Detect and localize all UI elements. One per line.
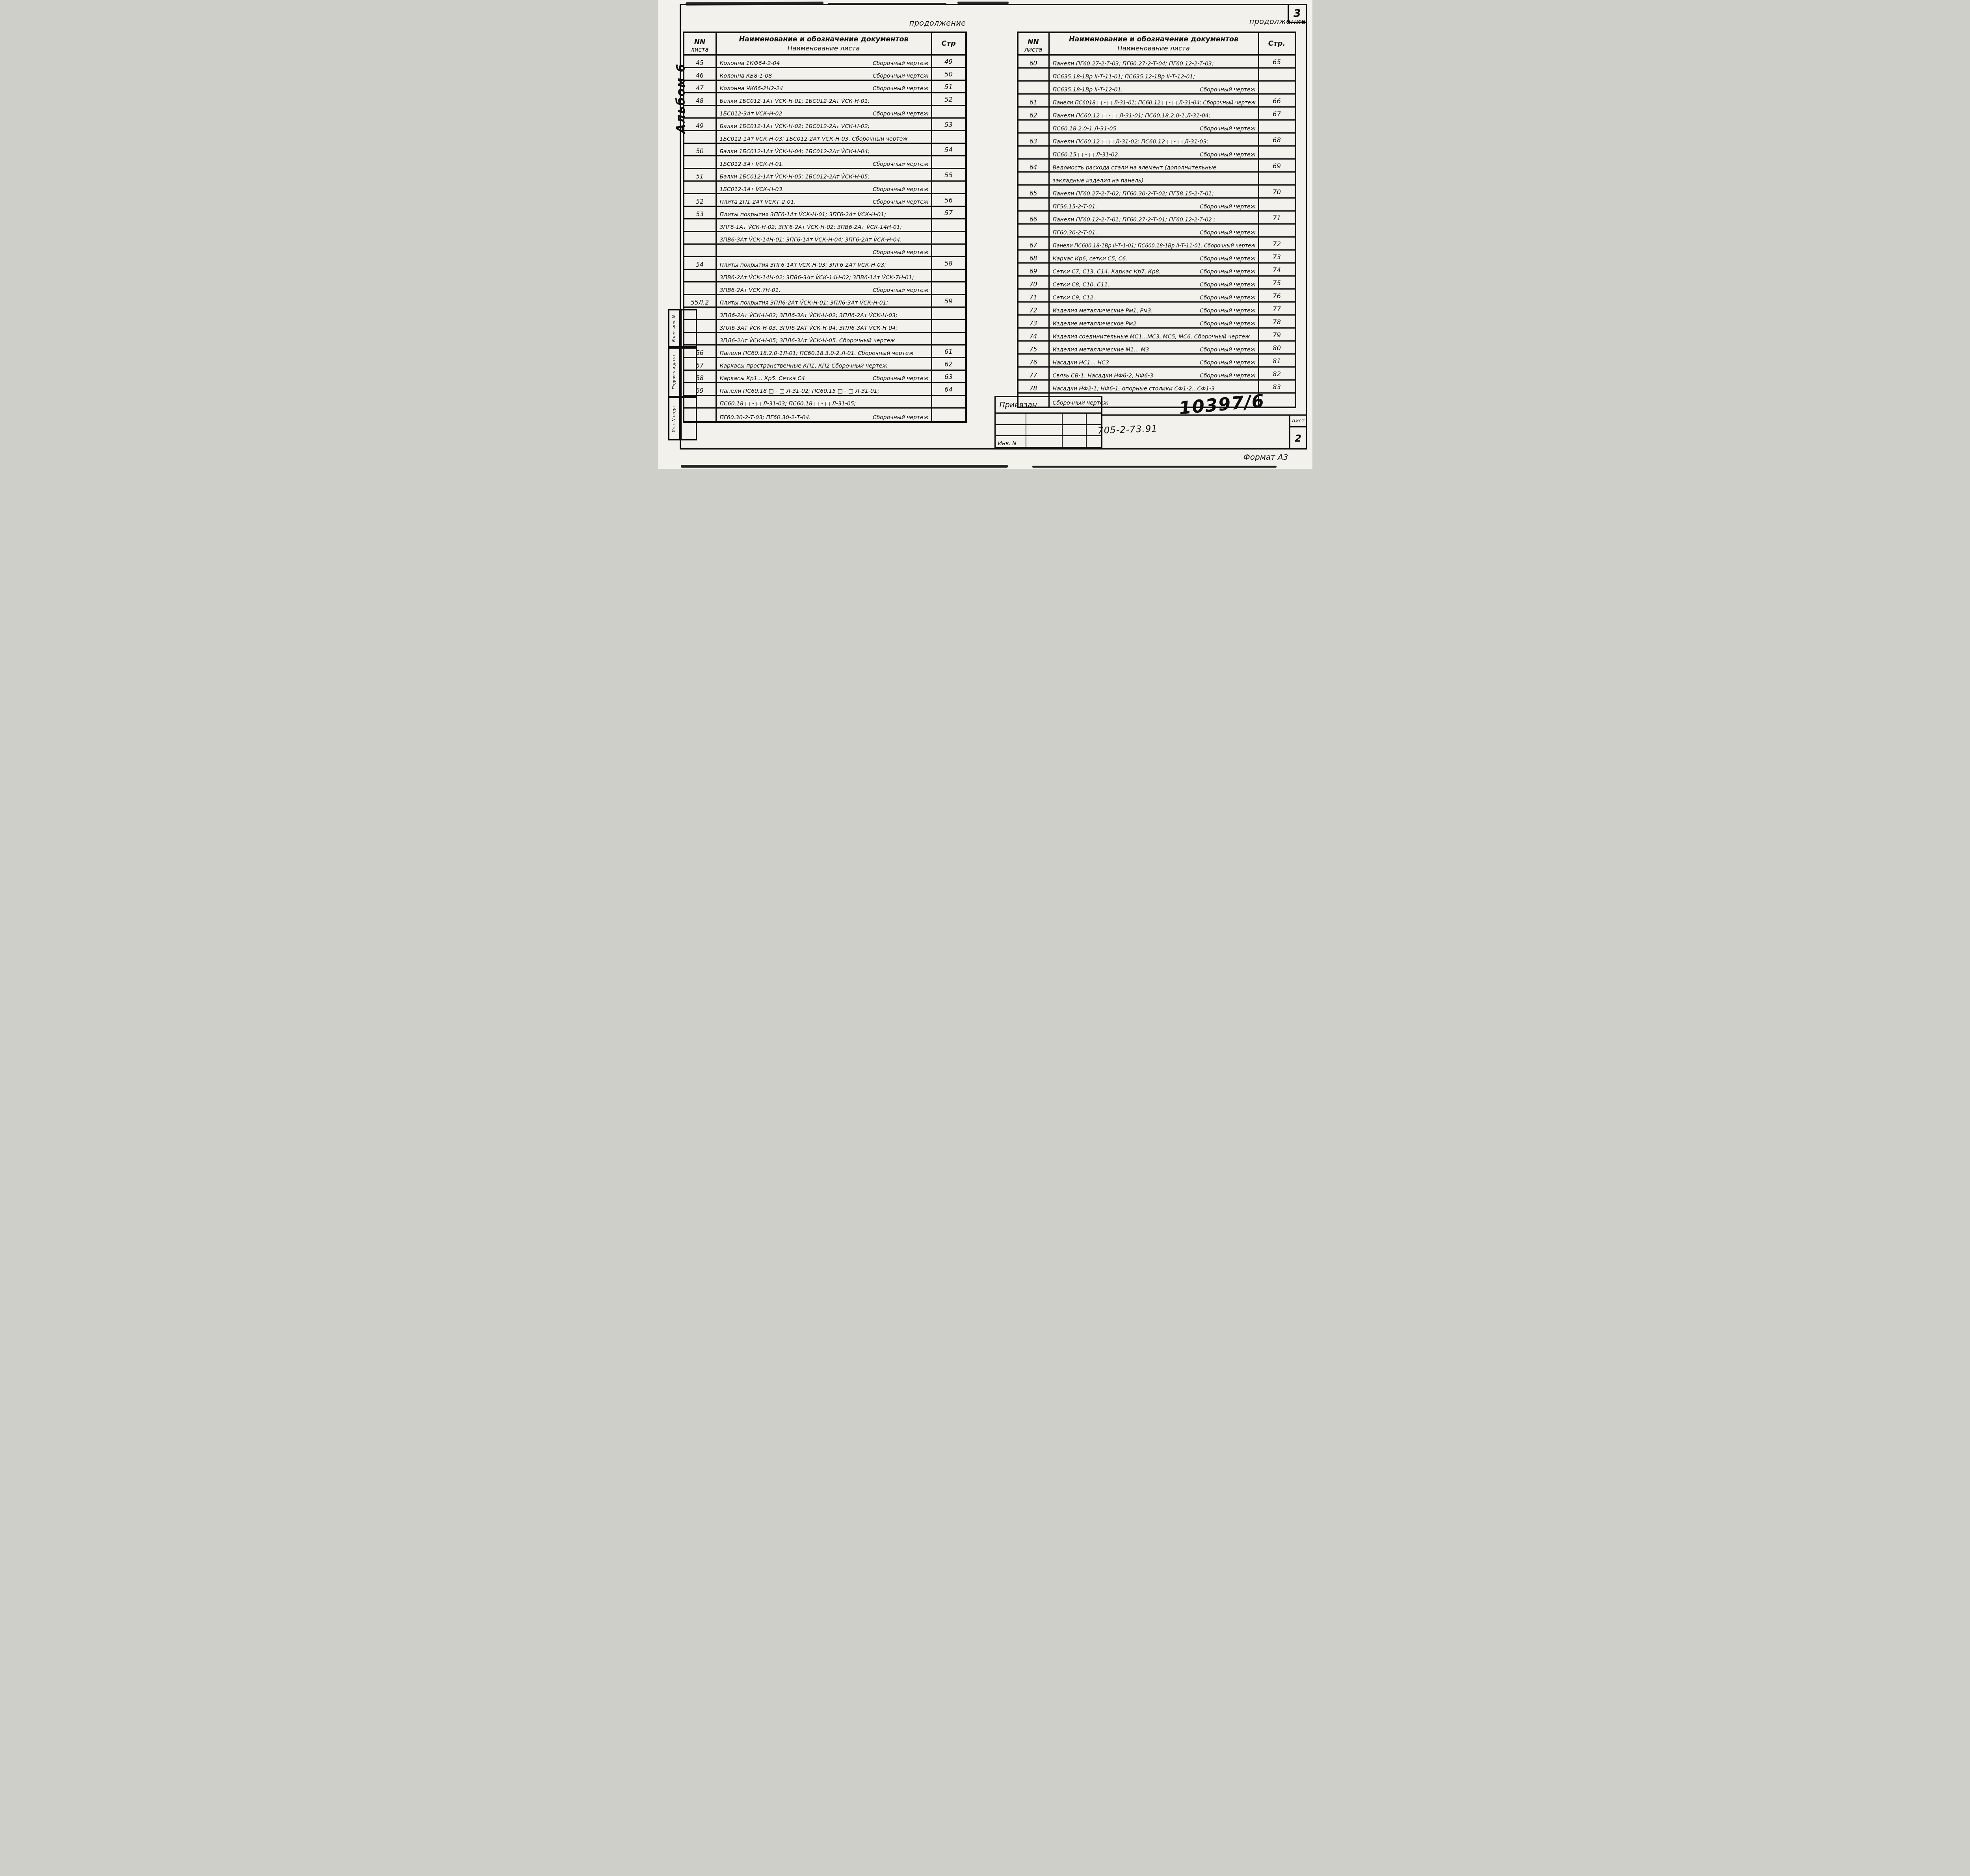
- header-document-name: Наименование и обозначение документов На…: [1050, 33, 1259, 54]
- row-sheet-number: [1018, 173, 1050, 184]
- row-page-number: [1259, 69, 1295, 80]
- row-text-line: 1БС012-1Ат V̇СК-Н-03; 1БС012-2Ат V̇СК-Н-…: [720, 136, 929, 142]
- row-page-number: 82: [1259, 368, 1295, 379]
- row-sheet-number: [684, 106, 717, 117]
- row-text: Панели ПС60.12 □ - □ Л-31-01; ПС60.18.2.…: [1053, 113, 1211, 119]
- row-text-suffix: Сборочный чертеж: [868, 414, 929, 421]
- row-page-number: [932, 320, 965, 332]
- row-document-name: Панели ПС600.18-1Вр II-Т-1-01; ПС600.18-…: [1050, 238, 1259, 249]
- row-document-name: Панели ПС60.12 □ - □ Л-31-01; ПС60.18.2.…: [1050, 108, 1259, 119]
- row-page-number: 61: [932, 345, 965, 357]
- row-sheet-number: [684, 320, 717, 332]
- row-text-line: Балки 1БС012-1Ат V̇СК-Н-05; 1БС012-2Ат V…: [720, 174, 929, 180]
- row-text: 3ПЛ6-2Ат V̇СК-Н-05; 3ПЛ6-3Ат V̇СК-Н-05. …: [720, 338, 895, 344]
- row-sheet-number: 62: [1018, 108, 1050, 119]
- row-text: ПГ56.15-2-Т-01.: [1053, 204, 1097, 210]
- project-code: 705-2-73.91: [1097, 423, 1158, 436]
- row-page-number: [932, 182, 965, 193]
- grid-cell: [1087, 436, 1101, 447]
- row-text: 3ПЛ6-2Ат V̇СК-Н-02; 3ПЛ6-3Ат V̇СК-Н-02; …: [720, 312, 898, 319]
- row-sheet-number: [684, 282, 717, 294]
- row-sheet-number: 78: [1018, 381, 1050, 392]
- row-text: Колонна 1КФ64-2-04: [720, 60, 780, 67]
- row-document-name: Плиты покрытия 3ПЛ6-2Ат V̇СК-Н-01; 3ПЛ6-…: [717, 295, 932, 306]
- header-page: Стр: [932, 33, 965, 54]
- row-document-name: Изделия металлические Рм1, Рм3.Сборочный…: [1050, 303, 1259, 314]
- table-row: 73Изделие металлическое Рм2Сборочный чер…: [1018, 316, 1295, 329]
- header-sheet-number: NN листа: [1018, 33, 1050, 54]
- table-row: 3ПЛ6-3Ат V̇СК-Н-03; 3ПЛ6-2Ат V̇СК-Н-04; …: [684, 320, 965, 333]
- row-document-name: Насадки НС1... НС3Сборочный чертеж: [1050, 355, 1259, 366]
- row-document-name: Балки 1БС012-1Ат V̇СК-Н-01; 1БС012-2Ат V…: [717, 93, 932, 105]
- row-sheet-number: 49: [684, 119, 717, 130]
- grid-cell: [996, 425, 1026, 436]
- row-text-line: Панели ПГ60.27-2-Т-02; ПГ60.30-2-Т-02; П…: [1053, 191, 1256, 197]
- row-text-suffix: Сборочный чертеж: [868, 375, 929, 382]
- row-document-name: Панели ПС60.18.2.0-1Л-01; ПС60.18.3.0-2.…: [717, 345, 932, 357]
- row-text-line: 3ПВ6-3Ат V̇СК-14Н-01; 3ПГ6-1Ат V̇СК-Н-04…: [720, 237, 929, 243]
- row-text: Изделия металлические Рм1, Рм3.: [1053, 308, 1153, 314]
- scan-artifact: [681, 465, 1008, 468]
- row-text-line: 3ПВ6-2Ат V̇СК-14Н-02; 3ПВ6-3Ат V̇СК-14Н-…: [720, 275, 929, 281]
- header-nn-line1: NN: [1028, 38, 1039, 46]
- table-row: ПС60.15 □ - □ Л-31-02.Сборочный чертеж: [1018, 147, 1295, 160]
- table-row: 53Плиты покрытия 3ПГ6-1Ат V̇СК-Н-01; 3ПГ…: [684, 207, 965, 219]
- table-row: 58Каркасы Кр1... Кр5. Сетка С4Сборочный …: [684, 371, 965, 383]
- row-document-name: Ведомость расхода стали на элемент (допо…: [1050, 160, 1259, 171]
- table-row: 65Панели ПГ60.27-2-Т-02; ПГ60.30-2-Т-02;…: [1018, 186, 1295, 199]
- row-sheet-number: 59: [684, 383, 717, 395]
- table-row: 1БС012-1Ат V̇СК-Н-03; 1БС012-2Ат V̇СК-Н-…: [684, 131, 965, 144]
- row-sheet-number: [684, 396, 717, 407]
- row-document-name: Изделия соединительные МС1...МС3, МС5, М…: [1050, 329, 1259, 340]
- row-document-name: Панели ПГ60.12-2-Т-01; ПГ60.27-2-Т-01; П…: [1050, 212, 1259, 223]
- row-page-number: [932, 106, 965, 117]
- row-text: 1БС012-1Ат V̇СК-Н-03; 1БС012-2Ат V̇СК-Н-…: [720, 136, 908, 142]
- row-text-suffix: Сборочный чертеж: [868, 199, 929, 205]
- row-text-line: Плиты покрытия 3ПГ6-1Ат V̇СК-Н-01; 3ПГ6-…: [720, 212, 929, 218]
- row-document-name: Сетки С7, С13, С14. Каркас Кр7, Кр8.Сбор…: [1050, 264, 1259, 275]
- table-row: ПС635.18-1Вр II-Т-12-01.Сборочный чертеж: [1018, 82, 1295, 95]
- attached-label: Привязан: [996, 397, 1101, 414]
- row-page-number: [932, 131, 965, 143]
- row-page-number: 57: [932, 207, 965, 218]
- row-page-number: 56: [932, 194, 965, 206]
- row-sheet-number: 67: [1018, 238, 1050, 249]
- row-text-suffix: Сборочный чертеж: [868, 161, 929, 167]
- row-text-suffix: Сборочный чертеж: [1195, 347, 1256, 353]
- row-sheet-number: 72: [1018, 303, 1050, 314]
- row-page-number: 62: [932, 358, 965, 370]
- row-sheet-number: 73: [1018, 316, 1050, 327]
- table-row: 68Каркас Кр6, сетки С5, С6.Сборочный чер…: [1018, 251, 1295, 264]
- row-document-name: 3ПВ6-2Ат V̇СК-14Н-02; 3ПВ6-3Ат V̇СК-14Н-…: [717, 270, 932, 281]
- grid-cell: [1026, 425, 1063, 436]
- row-text: Панели ПГ60.12-2-Т-01; ПГ60.27-2-Т-01; П…: [1053, 217, 1215, 223]
- table-row: 64Ведомость расхода стали на элемент (до…: [1018, 160, 1295, 173]
- row-sheet-number: 58: [684, 371, 717, 382]
- sheet-number: 2: [1290, 427, 1306, 449]
- row-text: 3ПГ6-1Ат V̇СК-Н-02; 3ПГ6-2Ат V̇СК-Н-02; …: [720, 224, 902, 230]
- row-sheet-number: 56: [684, 345, 717, 357]
- row-text-line: ПС635.18-1Вр II-Т-11-01; ПС635.12-1Вр II…: [1053, 74, 1256, 80]
- row-text: Изделие металлическое Рм2: [1053, 321, 1137, 327]
- row-document-name: ПС60.18 □ - □ Л-31-03; ПС60.18 □ - □ Л-3…: [717, 396, 932, 407]
- row-document-name: 3ПЛ6-2Ат V̇СК-Н-05; 3ПЛ6-3Ат V̇СК-Н-05. …: [717, 333, 932, 344]
- row-text: Сетки С9, С12.: [1053, 295, 1095, 301]
- row-text-line: Балки 1БС012-1Ат V̇СК-Н-04; 1БС012-2Ат V…: [720, 149, 929, 155]
- row-text-line: 3ПЛ6-2Ат V̇СК-Н-05; 3ПЛ6-3Ат V̇СК-Н-05. …: [720, 338, 929, 344]
- title-block-grid-row: [996, 425, 1101, 436]
- row-text: 1БС012-3Ат VСК-Н-02: [720, 111, 782, 117]
- row-document-name: Сборочный чертеж: [717, 245, 932, 256]
- table-body: 60Панели ПГ60.27-2-Т-03; ПГ60.27-2-Т-04;…: [1018, 56, 1295, 407]
- scan-artifact: [828, 3, 946, 5]
- table-row: 45Колонна 1КФ64-2-04Сборочный чертеж49: [684, 56, 965, 68]
- row-text-line: Сборочный чертеж: [720, 249, 929, 256]
- table-row: 1БС012-3Ат V̇СК-Н-01.Сборочный чертеж: [684, 156, 965, 169]
- table-row: 3ПГ6-1Ат V̇СК-Н-02; 3ПГ6-2Ат V̇СК-Н-02; …: [684, 219, 965, 232]
- table-row: ПС60.18.2.0-1.Л-31-05.Сборочный чертеж: [1018, 121, 1295, 134]
- table-row: 71Сетки С9, С12.Сборочный чертеж76: [1018, 290, 1295, 303]
- row-sheet-number: [1018, 225, 1050, 236]
- table-row: 63Панели ПС60.12 □ □ Л-31-02; ПС60.12 □ …: [1018, 134, 1295, 147]
- row-sheet-number: [684, 245, 717, 256]
- row-text-line: Сетки С9, С12.Сборочный чертеж: [1053, 295, 1256, 301]
- table-row: 69Сетки С7, С13, С14. Каркас Кр7, Кр8.Сб…: [1018, 264, 1295, 277]
- row-document-name: закладные изделия на панель): [1050, 173, 1259, 184]
- table-row: 72Изделия металлические Рм1, Рм3.Сборочн…: [1018, 303, 1295, 316]
- row-sheet-number: [1018, 82, 1050, 93]
- row-document-name: Каркасы пространственные КП1, КП2 Сбороч…: [717, 358, 932, 370]
- row-page-number: 83: [1259, 381, 1295, 392]
- row-sheet-number: 46: [684, 68, 717, 80]
- row-document-name: Насадки НФ2-1; НФ6-1, опорные столики СФ…: [1050, 381, 1259, 392]
- table-row: 77Связь СВ-1. Насадки НФ6-2, НФ6-3.Сборо…: [1018, 368, 1295, 381]
- row-document-name: 1БС012-3Ат VСК-Н-02Сборочный чертеж: [717, 106, 932, 117]
- row-sheet-number: 77: [1018, 368, 1050, 379]
- row-sheet-number: 75: [1018, 342, 1050, 353]
- row-text-line: Плита 2П1-2Ат V̇СКТ-2-01.Сборочный черте…: [720, 199, 929, 205]
- header-title-line2: Наименование листа: [1117, 45, 1190, 52]
- row-text: Балки 1БС012-1Ат V̇СК-Н-04; 1БС012-2Ат V…: [720, 149, 870, 155]
- row-page-number: [1259, 147, 1295, 158]
- row-text: Панели ПГ60.27-2-Т-03; ПГ60.27-2-Т-04; П…: [1053, 61, 1214, 67]
- row-text: Панели ПГ60.27-2-Т-02; ПГ60.30-2-Т-02; П…: [1053, 191, 1214, 197]
- row-document-name: Связь СВ-1. Насадки НФ6-2, НФ6-3.Сборочн…: [1050, 368, 1259, 379]
- row-sheet-number: [684, 219, 717, 231]
- table-row: ПГ60.30-2-Т-01.Сборочный чертеж: [1018, 225, 1295, 238]
- row-text: Ведомость расхода стали на элемент (допо…: [1053, 165, 1217, 171]
- row-page-number: [932, 245, 965, 256]
- row-page-number: 72: [1259, 238, 1295, 249]
- row-page-number: 59: [932, 295, 965, 306]
- row-sheet-number: [684, 156, 717, 168]
- row-document-name: Панели ПГ60.27-2-Т-02; ПГ60.30-2-Т-02; П…: [1050, 186, 1259, 197]
- row-page-number: [932, 219, 965, 231]
- stamp-inv-podl: Инв. N подл.: [668, 397, 680, 440]
- header-title-line2: Наименование листа: [788, 45, 860, 52]
- table-body: 45Колонна 1КФ64-2-04Сборочный чертеж4946…: [684, 56, 965, 421]
- row-document-name: Балки 1БС012-1Ат V̇СК-Н-04; 1БС012-2Ат V…: [717, 144, 932, 155]
- header-page: Стр.: [1259, 33, 1295, 54]
- row-text-line: Каркас Кр6, сетки С5, С6.Сборочный черте…: [1053, 256, 1256, 262]
- row-page-number: 54: [932, 144, 965, 155]
- row-text-line: Изделия соединительные МС1...МС3, МС5, М…: [1053, 334, 1256, 340]
- row-sheet-number: 50: [684, 144, 717, 155]
- header-document-name: Наименование и обозначение документов На…: [717, 33, 932, 54]
- table-row: 3ПЛ6-2Ат V̇СК-Н-05; 3ПЛ6-3Ат V̇СК-Н-05. …: [684, 333, 965, 345]
- table-row: 1БС012-3Ат V̇СК-Н-03.Сборочный чертеж: [684, 182, 965, 194]
- row-text-line: ПС60.18 □ - □ Л-31-03; ПС60.18 □ - □ Л-3…: [720, 401, 929, 407]
- row-sheet-number: [1018, 69, 1050, 80]
- row-text-line: Балки 1БС012-1Ат V̇СК-Н-02; 1БС012-2Ат V…: [720, 123, 929, 130]
- row-sheet-number: 55Л.2: [684, 295, 717, 306]
- document-index-table-left: NN листа Наименование и обозначение доку…: [683, 32, 967, 423]
- table-row: 54Плиты покрытия 3ПГ6-1Ат V̇СК-Н-03; 3ПГ…: [684, 257, 965, 270]
- row-text-line: Панели ПС60.18.2.0-1Л-01; ПС60.18.3.0-2.…: [720, 350, 929, 357]
- row-text-line: Сетки С8, С10, С11.Сборочный чертеж: [1053, 282, 1256, 288]
- row-sheet-number: 71: [1018, 290, 1050, 301]
- row-text-suffix: Сборочный чертеж: [1195, 230, 1256, 236]
- row-text-suffix: Сборочный чертеж: [1195, 360, 1256, 366]
- stamp-label: Взам. инв. N: [672, 315, 676, 342]
- row-document-name: Плиты покрытия 3ПГ6-1Ат V̇СК-Н-03; 3ПГ6-…: [717, 257, 932, 269]
- row-text: 1БС012-3Ат V̇СК-Н-01.: [720, 161, 784, 167]
- row-page-number: [932, 396, 965, 407]
- row-page-number: 76: [1259, 290, 1295, 301]
- row-sheet-number: 48: [684, 93, 717, 105]
- row-text-line: Изделие металлическое Рм2Сборочный черте…: [1053, 321, 1256, 327]
- row-sheet-number: 57: [684, 358, 717, 370]
- row-text-line: ПГ60.30-2-Т-01.Сборочный чертеж: [1053, 230, 1256, 236]
- row-text: Связь СВ-1. Насадки НФ6-2, НФ6-3.: [1053, 373, 1155, 379]
- grid-cell: [1087, 414, 1101, 424]
- header-title-line1: Наименование и обозначение документов: [739, 35, 908, 43]
- row-text: Колонна ЧК66-2Н2-24: [720, 85, 783, 92]
- row-page-number: [1259, 199, 1295, 210]
- row-page-number: [1259, 225, 1295, 236]
- table-row: 3ПВ6-3Ат V̇СК-14Н-01; 3ПГ6-1Ат V̇СК-Н-04…: [684, 232, 965, 245]
- row-document-name: ПС60.15 □ - □ Л-31-02.Сборочный чертеж: [1050, 147, 1259, 158]
- row-text-line: Панели ПГ60.12-2-Т-01; ПГ60.27-2-Т-01; П…: [1053, 217, 1256, 223]
- row-text: Балки 1БС012-1Ат V̇СК-Н-05; 1БС012-2Ат V…: [720, 174, 870, 180]
- stamp-label: Инв. N подл.: [672, 405, 676, 432]
- row-text: ПС60.15 □ - □ Л-31-02.: [1053, 152, 1120, 158]
- row-document-name: Панели ПС60.18 □ - □ Л-31-02; ПС60.15 □ …: [717, 383, 932, 395]
- row-sheet-number: 66: [1018, 212, 1050, 223]
- row-sheet-number: 45: [684, 56, 717, 67]
- row-text: Каркасы Кр1... Кр5. Сетка С4: [720, 375, 805, 382]
- row-text-line: Каркасы Кр1... Кр5. Сетка С4Сборочный че…: [720, 375, 929, 382]
- table-row: 74Изделия соединительные МС1...МС3, МС5,…: [1018, 329, 1295, 342]
- table-row: 55Л.2Плиты покрытия 3ПЛ6-2Ат V̇СК-Н-01; …: [684, 295, 965, 308]
- row-document-name: 3ПВ6-2Ат V̇СК.7Н-01.Сборочный чертеж: [717, 282, 932, 294]
- row-text: Сетки С7, С13, С14. Каркас Кр7, Кр8.: [1053, 269, 1161, 275]
- row-text: Насадки НФ2-1; НФ6-1, опорные столики СФ…: [1053, 386, 1215, 392]
- row-sheet-number: 51: [684, 169, 717, 180]
- row-page-number: 65: [1259, 56, 1295, 67]
- row-text: ПГ60.30-2-Т-01.: [1053, 230, 1097, 236]
- row-document-name: Каркасы Кр1... Кр5. Сетка С4Сборочный че…: [717, 371, 932, 382]
- grid-cell: [1063, 436, 1087, 447]
- row-sheet-number: 76: [1018, 355, 1050, 366]
- row-text-line: ПС635.18-1Вр II-Т-12-01.Сборочный чертеж: [1053, 87, 1256, 93]
- row-page-number: 75: [1259, 277, 1295, 288]
- row-page-number: [932, 232, 965, 243]
- table-row: 52Плита 2П1-2Ат V̇СКТ-2-01.Сборочный чер…: [684, 194, 965, 207]
- row-page-number: [932, 409, 965, 421]
- table-row: 48Балки 1БС012-1Ат V̇СК-Н-01; 1БС012-2Ат…: [684, 93, 965, 106]
- row-sheet-number: 47: [684, 81, 717, 92]
- row-text-suffix: Сборочный чертеж: [868, 287, 929, 293]
- row-document-name: 3ПЛ6-3Ат V̇СК-Н-03; 3ПЛ6-2Ат V̇СК-Н-04; …: [717, 320, 932, 332]
- table-row: закладные изделия на панель): [1018, 173, 1295, 186]
- row-sheet-number: 69: [1018, 264, 1050, 275]
- row-sheet-number: 70: [1018, 277, 1050, 288]
- row-text-line: Колонна ЧК66-2Н2-24Сборочный чертеж: [720, 85, 929, 92]
- row-document-name: Колонна КБ8-1-08Сборочный чертеж: [717, 68, 932, 80]
- sheet-number-box: Лист 2: [1289, 416, 1306, 449]
- grid-cell: [1026, 414, 1063, 424]
- row-text-line: ПГ56.15-2-Т-01.Сборочный чертеж: [1053, 204, 1256, 210]
- header-nn-line1: NN: [694, 38, 705, 46]
- table-row: 62Панели ПС60.12 □ - □ Л-31-01; ПС60.18.…: [1018, 108, 1295, 121]
- table-row: 50Балки 1БС012-1Ат V̇СК-Н-04; 1БС012-2Ат…: [684, 144, 965, 156]
- row-text: Панели ПС60.18.2.0-1Л-01; ПС60.18.3.0-2.…: [720, 350, 914, 357]
- row-document-name: Плиты покрытия 3ПГ6-1Ат V̇СК-Н-01; 3ПГ6-…: [717, 207, 932, 218]
- table-row: 51Балки 1БС012-1Ат V̇СК-Н-05; 1БС012-2Ат…: [684, 169, 965, 182]
- table-row: 75Изделия металлические М1... М3Сборочны…: [1018, 342, 1295, 355]
- row-text-suffix: Сборочный чертеж: [868, 186, 929, 193]
- row-text-line: Панели ПГ60.27-2-Т-03; ПГ60.27-2-Т-04; П…: [1053, 61, 1256, 67]
- row-page-number: 55: [932, 169, 965, 180]
- row-sheet-number: 65: [1018, 186, 1050, 197]
- grid-cell: [1026, 436, 1063, 447]
- row-text: 1БС012-3Ат V̇СК-Н-03.: [720, 186, 784, 193]
- row-page-number: 78: [1259, 316, 1295, 327]
- row-text-line: 1БС012-3Ат VСК-Н-02Сборочный чертеж: [720, 111, 929, 117]
- row-text: 3ПВ6-3Ат V̇СК-14Н-01; 3ПГ6-1Ат V̇СК-Н-04…: [720, 237, 902, 243]
- row-text-line: Колонна 1КФ64-2-04Сборочный чертеж: [720, 60, 929, 67]
- table-header: NN листа Наименование и обозначение доку…: [684, 33, 965, 56]
- table-row: 47Колонна ЧК66-2Н2-24Сборочный чертеж51: [684, 81, 965, 93]
- header-sheet-number: NN листа: [684, 33, 717, 54]
- inventory-number-label: Инв. N: [998, 440, 1017, 447]
- stamp-podpis-data: Подпись и дата: [668, 347, 680, 397]
- row-sheet-number: [1018, 147, 1050, 158]
- row-document-name: Сетки С9, С12.Сборочный чертеж: [1050, 290, 1259, 301]
- row-document-name: 1БС012-1Ат V̇СК-Н-03; 1БС012-2Ат V̇СК-Н-…: [717, 131, 932, 143]
- row-page-number: [1259, 121, 1295, 132]
- title-block: Привязан Инв. N: [994, 396, 1102, 449]
- row-page-number: 70: [1259, 186, 1295, 197]
- row-text-line: 3ПГ6-1Ат V̇СК-Н-02; 3ПГ6-2Ат V̇СК-Н-02; …: [720, 224, 929, 230]
- row-text-suffix: Сборочный чертеж: [1195, 373, 1256, 379]
- row-page-number: 51: [932, 81, 965, 92]
- row-text: Панели ПС6018 □ - □ Л-31-01; ПС60.12 □ -…: [1053, 100, 1256, 106]
- row-document-name: ПГ56.15-2-Т-01.Сборочный чертеж: [1050, 199, 1259, 210]
- row-text-line: Ведомость расхода стали на элемент (допо…: [1053, 165, 1256, 171]
- row-text: Каркас Кр6, сетки С5, С6.: [1053, 256, 1128, 262]
- row-sheet-number: [684, 232, 717, 243]
- table-row: 49Балки 1БС012-1Ат V̇СК-Н-02; 1БС012-2Ат…: [684, 119, 965, 131]
- row-text-line: Панели ПС60.18 □ - □ Л-31-02; ПС60.15 □ …: [720, 388, 929, 394]
- scanned-drawing-sheet: 3 Альбом 6 Взам. инв. N Подпись и дата И…: [658, 0, 1312, 469]
- row-page-number: 71: [1259, 212, 1295, 223]
- stamp-vzam-inv: Взам. инв. N: [668, 309, 680, 347]
- row-sheet-number: 63: [1018, 134, 1050, 145]
- row-sheet-number: [684, 270, 717, 281]
- row-text: Плиты покрытия 3ПГ6-1Ат V̇СК-Н-01; 3ПГ6-…: [720, 212, 886, 218]
- table-row: 59Панели ПС60.18 □ - □ Л-31-02; ПС60.15 …: [684, 383, 965, 396]
- row-text: Сетки С8, С10, С11.: [1053, 282, 1110, 288]
- row-text-line: 3ПЛ6-3Ат V̇СК-Н-03; 3ПЛ6-2Ат V̇СК-Н-04; …: [720, 325, 929, 331]
- row-sheet-number: 68: [1018, 251, 1050, 262]
- row-page-number: 63: [932, 371, 965, 382]
- row-text: Колонна КБ8-1-08: [720, 73, 772, 79]
- continuation-label-left: продолжение: [877, 19, 966, 28]
- row-text: Плиты покрытия 3ПЛ6-2Ат V̇СК-Н-01; 3ПЛ6-…: [720, 300, 888, 306]
- row-text: Насадки НС1... НС3: [1053, 360, 1109, 366]
- row-text-line: Плиты покрытия 3ПГ6-1Ат V̇СК-Н-03; 3ПГ6-…: [720, 262, 929, 268]
- row-document-name: 3ПЛ6-2Ат V̇СК-Н-02; 3ПЛ6-3Ат V̇СК-Н-02; …: [717, 308, 932, 319]
- row-text-line: Панели ПС60.12 □ □ Л-31-02; ПС60.12 □ - …: [1053, 139, 1256, 145]
- row-document-name: ПС60.18.2.0-1.Л-31-05.Сборочный чертеж: [1050, 121, 1259, 132]
- header-nn-line2: листа: [1024, 46, 1043, 53]
- row-document-name: Панели ПС60.12 □ □ Л-31-02; ПС60.12 □ - …: [1050, 134, 1259, 145]
- row-text-line: Насадки НС1... НС3Сборочный чертеж: [1053, 360, 1256, 366]
- grid-cell: [996, 414, 1026, 424]
- row-page-number: 58: [932, 257, 965, 269]
- row-page-number: [932, 282, 965, 294]
- row-page-number: 68: [1259, 134, 1295, 145]
- row-text-suffix: Сборочный чертеж: [1195, 321, 1256, 327]
- row-document-name: ПГ60.30-2-Т-01.Сборочный чертеж: [1050, 225, 1259, 236]
- row-text-line: Балки 1БС012-1Ат V̇СК-Н-01; 1БС012-2Ат V…: [720, 98, 929, 104]
- table-row: 61Панели ПС6018 □ - □ Л-31-01; ПС60.12 □…: [1018, 95, 1295, 108]
- row-page-number: [932, 156, 965, 168]
- table-row: 3ПВ6-2Ат V̇СК.7Н-01.Сборочный чертеж: [684, 282, 965, 295]
- row-text-line: 1БС012-3Ат V̇СК-Н-03.Сборочный чертеж: [720, 186, 929, 193]
- row-document-name: Сетки С8, С10, С11.Сборочный чертеж: [1050, 277, 1259, 288]
- table-row: Сборочный чертеж: [684, 245, 965, 257]
- row-page-number: 81: [1259, 355, 1295, 366]
- row-page-number: 79: [1259, 329, 1295, 340]
- row-text-line: Насадки НФ2-1; НФ6-1, опорные столики СФ…: [1053, 386, 1256, 392]
- row-document-name: Плита 2П1-2Ат V̇СКТ-2-01.Сборочный черте…: [717, 194, 932, 206]
- row-sheet-number: [684, 182, 717, 193]
- row-text: 3ПЛ6-3Ат V̇СК-Н-03; 3ПЛ6-2Ат V̇СК-Н-04; …: [720, 325, 898, 331]
- row-page-number: 66: [1259, 95, 1295, 106]
- row-document-name: ПГ60.30-2-Т-03; ПГ60.30-2-Т-04.Сборочный…: [717, 409, 932, 421]
- row-text: 3ПВ6-2Ат V̇СК.7Н-01.: [720, 287, 781, 293]
- row-text-suffix: Сборочный чертеж: [1195, 126, 1256, 132]
- row-document-name: ПС635.18-1Вр II-Т-11-01; ПС635.12-1Вр II…: [1050, 69, 1259, 80]
- table-row: 1БС012-3Ат VСК-Н-02Сборочный чертеж: [684, 106, 965, 119]
- row-page-number: 73: [1259, 251, 1295, 262]
- table-row: 76Насадки НС1... НС3Сборочный чертеж81: [1018, 355, 1295, 368]
- row-text-suffix: Сборочный чертеж: [1195, 269, 1256, 275]
- row-text: 3ПВ6-2Ат V̇СК-14Н-02; 3ПВ6-3Ат V̇СК-14Н-…: [720, 275, 914, 281]
- header-nn-line2: листа: [691, 46, 709, 53]
- row-page-number: [932, 270, 965, 281]
- document-index-table-right: NN листа Наименование и обозначение доку…: [1017, 32, 1296, 408]
- row-text-line: Панели ПС6018 □ - □ Л-31-01; ПС60.12 □ -…: [1053, 100, 1256, 106]
- row-sheet-number: [684, 409, 717, 421]
- row-text: Балки 1БС012-1Ат V̇СК-Н-01; 1БС012-2Ат V…: [720, 98, 870, 104]
- row-text: Изделия металлические М1... М3: [1053, 347, 1149, 353]
